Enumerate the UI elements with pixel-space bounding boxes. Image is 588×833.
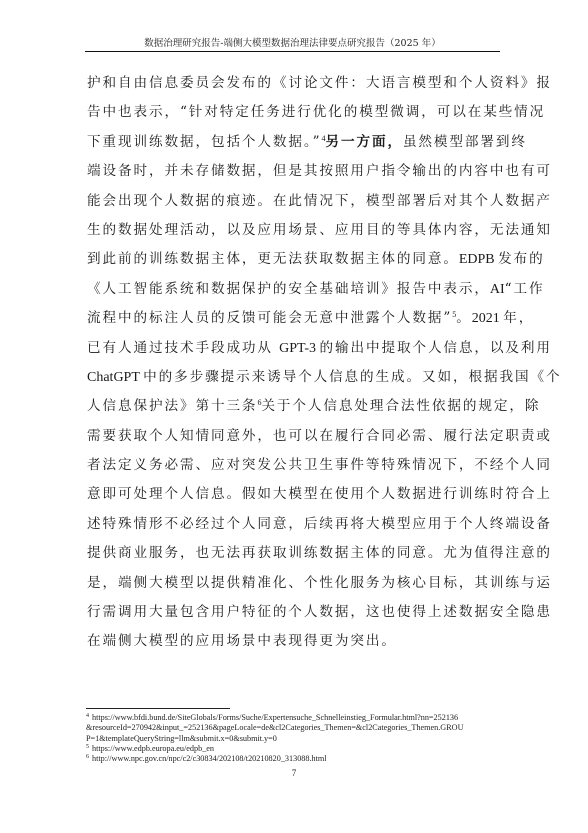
bold-text-run: 另一方面， (325, 134, 402, 150)
footnotes: 4https://www.bfdi.bund.de/SiteGlobals/Fo… (86, 713, 506, 764)
footnote-number: 6 (86, 754, 89, 760)
footnote-url[interactable]: https://www.edpb.europa.eu/edpb_en (92, 744, 214, 753)
paragraph-line: 端设备时，并未存储数据，但是其按照用户指令输出的内容中也有可 (87, 157, 500, 186)
paragraph-line: 已有人通过技术手段成功从 GPT-3 的输出中提取个人信息，以及利用 (87, 334, 500, 363)
paragraph-line: 者法定义务必需、应对突发公共卫生事件等特殊情况下，不经个人同 (87, 451, 500, 480)
text-run: 端设备时，并未存储数据，但是其按照用户指令输出的内容中也有可 (87, 163, 552, 179)
text-run: 行需调用大量包含用户特征的个人数据，这也使得上述数据安全隐患 (87, 604, 552, 620)
paragraph-line: 意即可处理个人信息。假如大模型在使用个人数据进行训练时符合上 (87, 480, 500, 509)
latin-text-run: GPT-3 (279, 341, 319, 356)
paragraph-line: 流程中的标注人员的反馈可能会无意中泄露个人数据”5。2021 年， (87, 304, 500, 333)
latin-text-run: AI (490, 282, 505, 297)
footnote-number: 5 (86, 744, 89, 750)
paragraph-line: 生的数据处理活动，以及应用场景、应用目的等具体内容，无法通知 (87, 216, 500, 245)
footnote-url[interactable]: P=1&templateQueryString=llm&submit.x=0&s… (86, 734, 277, 743)
text-run: 生的数据处理活动，以及应用场景、应用目的等具体内容，无法通知 (87, 222, 552, 238)
page-number: 7 (0, 768, 588, 778)
paragraph-line: 护和自由信息委员会发布的《讨论文件：大语言模型和个人资料》报 (87, 69, 500, 98)
text-run: 流程中的标注人员的反馈可能会无意中泄露个人数据” (87, 310, 452, 326)
text-run: 提供商业服务，也无法再获取训练数据主体的同意。尤为值得注意的 (87, 545, 552, 561)
text-run: 能会出现个人数据的痕迹。在此情况下，模型部署后对其个人数据产 (87, 193, 552, 209)
paragraph-line: 在端侧大模型的应用场景中表现得更为突出。 (87, 627, 500, 656)
latin-text-run: EDPB (459, 252, 498, 267)
footnote-url[interactable]: https://www.bfdi.bund.de/SiteGlobals/For… (92, 713, 458, 722)
text-run: 年， (503, 310, 534, 326)
text-run: 需要获取个人知情同意外，也可以在履行合同必需、履行法定职责或 (87, 428, 552, 444)
text-run: 下重现训练数据，包括个人数据。” (87, 134, 321, 150)
text-run: 的输出中提取个人信息，以及利用 (319, 340, 551, 356)
footnote-line: 6http://www.npc.gov.cn/npc/c2/c30834/202… (86, 754, 506, 764)
header-title: 数据治理研究报告-端侧大模型数据治理法律要点研究报告（2025 年） (85, 38, 500, 50)
text-run: 中的多步骤提示来诱导个人信息的生成。又如，根据我国《个 (143, 369, 561, 385)
paragraph-line: 到此前的训练数据主体，更无法获取数据主体的同意。EDPB 发布的 (87, 245, 500, 274)
footnote-url[interactable]: &resourceId=270942&input_=252136&pageLoc… (86, 723, 463, 732)
paragraph-line: 能会出现个人数据的痕迹。在此情况下，模型部署后对其个人数据产 (87, 187, 500, 216)
header-rule (85, 51, 500, 52)
latin-text-run: 2021 (472, 311, 504, 326)
latin-text-run: ChatGPT (87, 370, 143, 385)
paragraph-line: 人信息保护法》第十三条6关于个人信息处理合法性依据的规定，除 (87, 392, 500, 421)
text-run: 人信息保护法》第十三条 (87, 398, 257, 414)
text-run: 《人工智能系统和数据保护的安全基础培训》报告中表示， (87, 281, 490, 297)
text-run: 。 (456, 310, 472, 326)
footnote-line: P=1&templateQueryString=llm&submit.x=0&s… (86, 734, 506, 744)
paragraph-line: 《人工智能系统和数据保护的安全基础培训》报告中表示，AI“工作 (87, 275, 500, 304)
paragraph-line: 提供商业服务，也无法再获取训练数据主体的同意。尤为值得注意的 (87, 539, 500, 568)
text-run: 到此前的训练数据主体，更无法获取数据主体的同意。 (87, 251, 459, 267)
body-text: 护和自由信息委员会发布的《讨论文件：大语言模型和个人资料》报告中也表示，“针对特… (87, 69, 500, 657)
text-run: 述特殊情形不必经过个人同意，后续再将大模型应用于个人终端设备 (87, 516, 552, 532)
paragraph-line: 下重现训练数据，包括个人数据。”4另一方面，虽然模型部署到终 (87, 128, 500, 157)
footnote-url[interactable]: http://www.npc.gov.cn/npc/c2/c30834/2021… (92, 754, 327, 763)
text-run: 虽然模型部署到终 (403, 134, 527, 150)
text-run: 已有人通过技术手段成功从 (87, 340, 279, 356)
text-run: 是，端侧大模型以提供精准化、个性化服务为核心目标，其训练与运 (87, 575, 552, 591)
text-run: 者法定义务必需、应对突发公共卫生事件等特殊情况下，不经个人同 (87, 457, 552, 473)
footnote-number: 4 (86, 713, 89, 719)
paragraph-line: ChatGPT 中的多步骤提示来诱导个人信息的生成。又如，根据我国《个 (87, 363, 500, 392)
paragraph-line: 告中也表示，“针对特定任务进行优化的模型微调，可以在某些情况 (87, 98, 500, 127)
text-run: 发布的 (498, 251, 544, 267)
text-run: 在端侧大模型的应用场景中表现得更为突出。 (87, 633, 397, 649)
paragraph-line: 行需调用大量包含用户特征的个人数据，这也使得上述数据安全隐患 (87, 598, 500, 627)
text-run: “工作 (505, 281, 545, 297)
text-run: 护和自由信息委员会发布的《讨论文件：大语言模型和个人资料》报 (87, 75, 552, 91)
paragraph-line: 述特殊情形不必经过个人同意，后续再将大模型应用于个人终端设备 (87, 510, 500, 539)
footnote-line: &resourceId=270942&input_=252136&pageLoc… (86, 723, 506, 733)
text-run: 意即可处理个人信息。假如大模型在使用个人数据进行训练时符合上 (87, 486, 552, 502)
footnote-separator (86, 708, 230, 709)
footnote-line: 5https://www.edpb.europa.eu/edpb_en (86, 744, 506, 754)
text-run: 关于个人信息处理合法性依据的规定，除 (261, 398, 540, 414)
text-run: 告中也表示，“针对特定任务进行优化的模型微调，可以在某些情况 (87, 104, 545, 120)
paragraph-line: 是，端侧大模型以提供精准化、个性化服务为核心目标，其训练与运 (87, 569, 500, 598)
paragraph-line: 需要获取个人知情同意外，也可以在履行合同必需、履行法定职责或 (87, 422, 500, 451)
footnote-line: 4https://www.bfdi.bund.de/SiteGlobals/Fo… (86, 713, 506, 723)
